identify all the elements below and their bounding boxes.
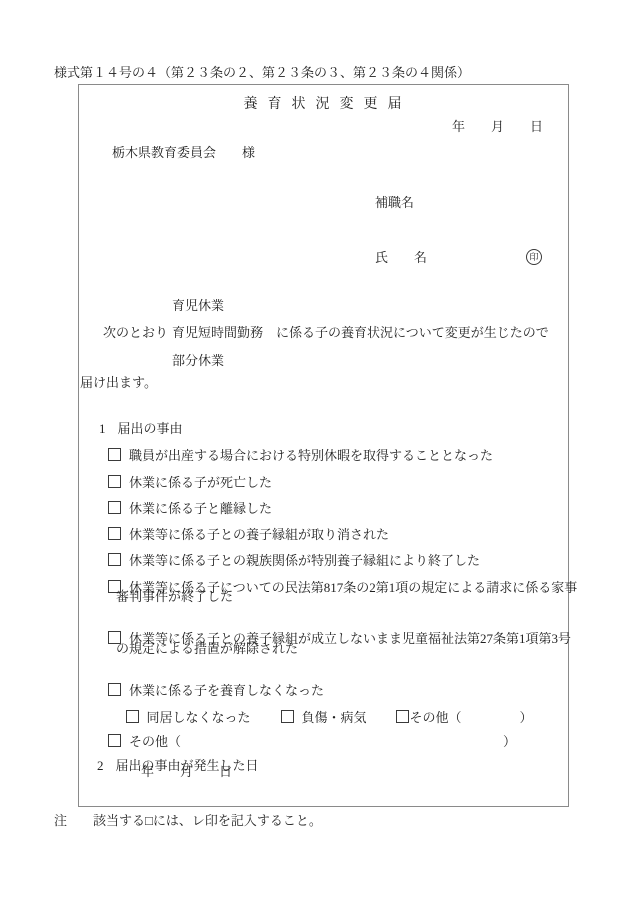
leave-option-childcare-leave: 育児休業: [172, 297, 224, 314]
section2-number: 2: [97, 757, 104, 774]
form-number-line: 様式第１４号の４（第２３条の２、第２３条の３、第２３条の４関係）: [54, 64, 470, 81]
statement-tail: に係る子の養育状況について変更が生じたので: [276, 324, 549, 341]
reason-label-continuation: の規定による措置が解除された: [116, 640, 298, 657]
statement-lead: 次のとおり: [103, 324, 168, 341]
position-label: 補職名: [375, 194, 414, 211]
footnote: 注 該当する□には、レ印を記入すること。: [54, 812, 322, 829]
sub-reason-close-paren: ）: [520, 710, 533, 725]
other-reason-close-paren: ）: [503, 734, 516, 749]
document-page: 様式第１４号の４（第２３条の２、第２３条の３、第２３条の４関係） 養育状況変更届…: [0, 0, 630, 903]
statement-closing: 届け出ます。: [80, 374, 157, 391]
leave-option-partial-leave: 部分休業: [172, 352, 224, 369]
name-label: 氏 名: [375, 249, 427, 266]
form-title: 養育状況変更届: [78, 96, 567, 113]
submission-date-line: 年 月 日: [452, 118, 543, 135]
reason-label-continuation: 審判事件が終了した: [116, 588, 233, 605]
leave-option-shortened-hours: 育児短時間勤務: [172, 324, 263, 341]
seal-icon: 印: [526, 249, 542, 265]
occurrence-date-line: 年 月 日: [141, 763, 232, 780]
addressee: 栃木県教育委員会 様: [112, 144, 255, 161]
